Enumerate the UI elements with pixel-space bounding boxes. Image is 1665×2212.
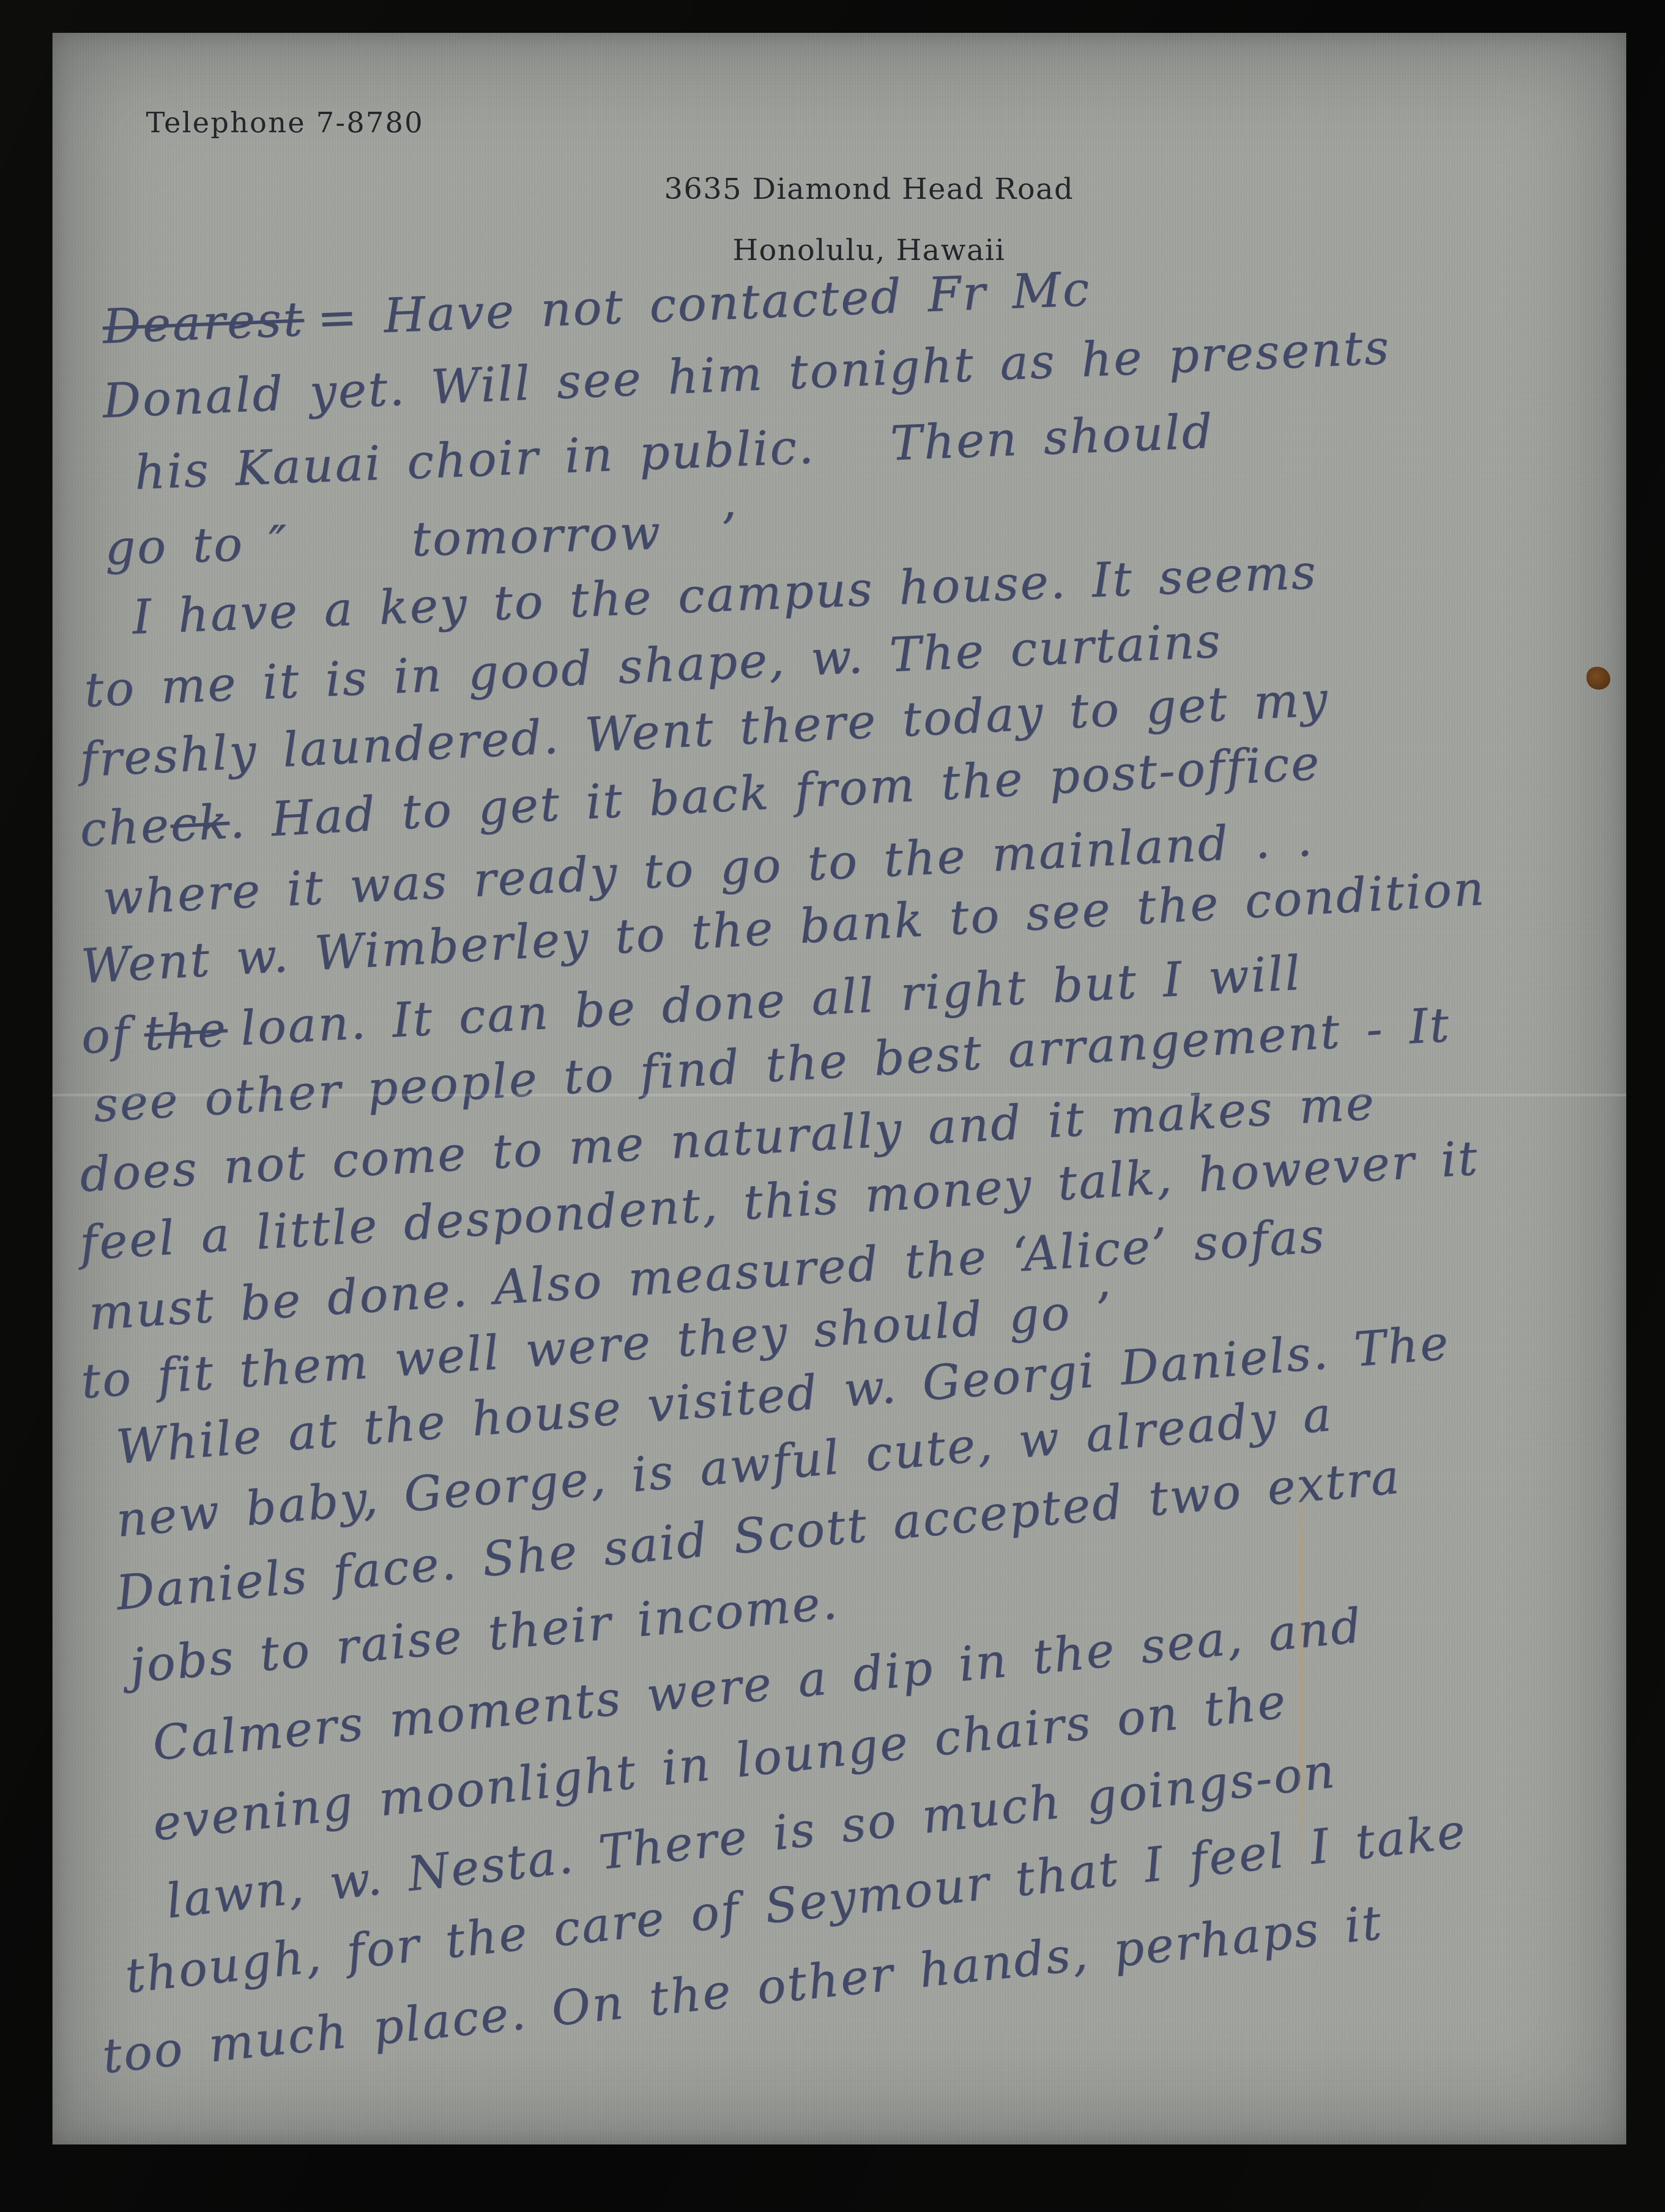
paper-chip-mark bbox=[1587, 667, 1610, 690]
letter-line-11-text-a: of bbox=[80, 1006, 132, 1064]
letterhead-address-line2: Honolulu, Hawaii bbox=[733, 234, 1005, 267]
stain-streak bbox=[1298, 1471, 1304, 1881]
letter-line-1-text: = Have not contacted Fr Mc bbox=[316, 261, 1092, 346]
letter-line-4-text: go to ″ bbox=[104, 515, 289, 576]
letter-line-8-text-a: che bbox=[78, 797, 172, 857]
struck-letters-check: ck bbox=[169, 794, 231, 852]
scanned-letter-page: Telephone 7-8780 3635 Diamond Head Road … bbox=[0, 0, 1665, 2212]
letterhead-telephone: Telephone 7-8780 bbox=[146, 106, 424, 139]
stray-tick-mark: ’ bbox=[720, 502, 739, 558]
word-tomorrow: tomorrow bbox=[411, 504, 663, 567]
letter-paper: Telephone 7-8780 3635 Diamond Head Road … bbox=[52, 33, 1626, 2144]
struck-word-dearest: Dearest bbox=[102, 291, 305, 354]
struck-word-the: the bbox=[143, 1001, 229, 1061]
letterhead-address-line1: 3635 Diamond Head Road bbox=[664, 172, 1074, 206]
letter-line-4: go to ″tomorrow’ bbox=[104, 502, 739, 576]
fold-crease bbox=[52, 1094, 1626, 1096]
